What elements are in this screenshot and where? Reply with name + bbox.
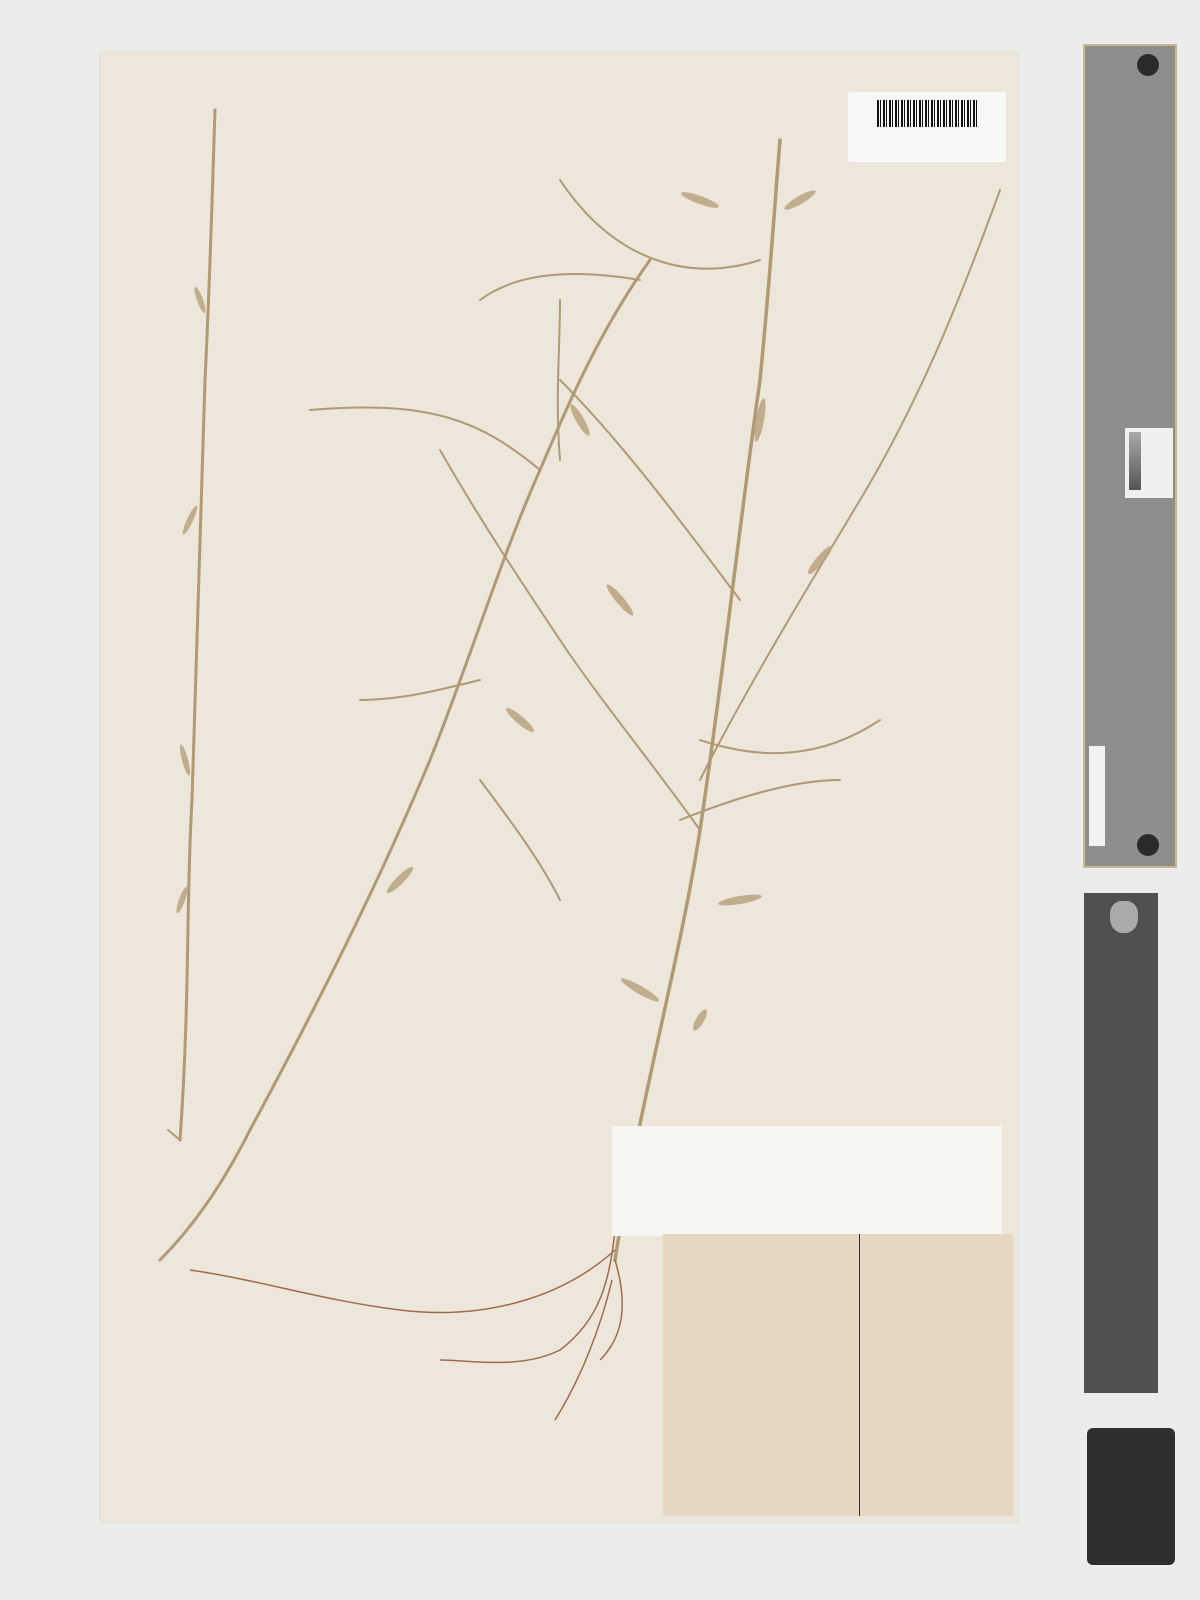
mini-color-checker bbox=[1087, 1428, 1175, 1565]
kew-scale-bar bbox=[1084, 893, 1158, 1393]
color-calibration-bar bbox=[1083, 44, 1177, 868]
chart-code bbox=[1089, 746, 1105, 846]
registration-dot bbox=[1137, 54, 1159, 76]
label-divider bbox=[859, 1234, 860, 1516]
pressed-plant-specimen bbox=[0, 0, 1200, 1600]
registration-dot bbox=[1137, 834, 1159, 856]
density-wedge bbox=[1125, 428, 1173, 498]
barcode bbox=[877, 100, 977, 127]
determination-label bbox=[612, 1126, 1002, 1236]
kew-crest-icon bbox=[1110, 901, 1138, 933]
collection-label bbox=[663, 1234, 1013, 1516]
barcode-label bbox=[848, 92, 1006, 162]
determination-date-line bbox=[614, 1206, 636, 1224]
